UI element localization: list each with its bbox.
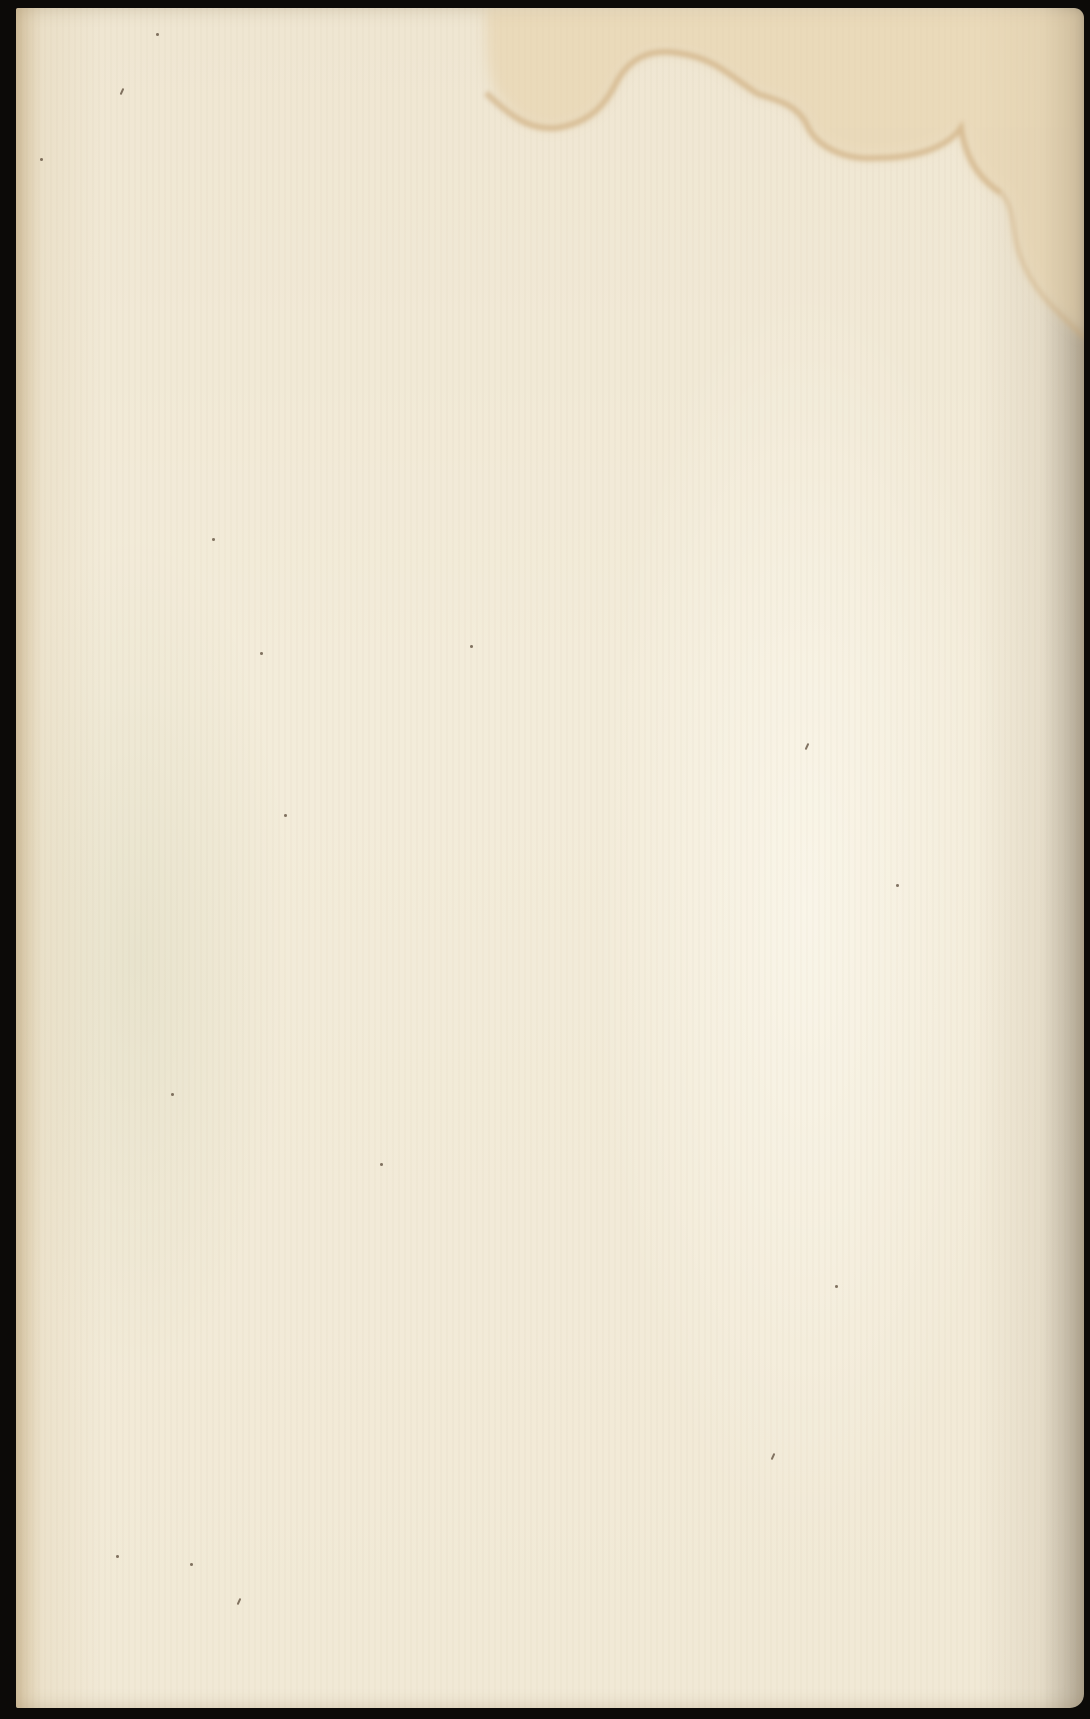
debris-speck	[284, 814, 287, 817]
paper-texture	[16, 8, 1084, 1708]
debris-speck	[120, 88, 125, 95]
debris-speck	[896, 884, 899, 887]
debris-speck	[171, 1093, 174, 1096]
scan-background	[0, 0, 1090, 1719]
debris-speck	[260, 652, 263, 655]
debris-speck	[237, 1598, 242, 1605]
debris-speck	[380, 1163, 383, 1166]
water-stain	[16, 8, 1084, 428]
debris-speck	[190, 1563, 193, 1566]
debris-speck	[212, 538, 215, 541]
blank-page	[16, 8, 1084, 1708]
debris-speck	[40, 158, 43, 161]
debris-speck	[470, 645, 473, 648]
debris-speck	[156, 33, 159, 36]
debris-speck	[771, 1453, 776, 1460]
debris-speck	[805, 743, 810, 750]
debris-speck	[116, 1555, 119, 1558]
debris-speck	[835, 1285, 838, 1288]
